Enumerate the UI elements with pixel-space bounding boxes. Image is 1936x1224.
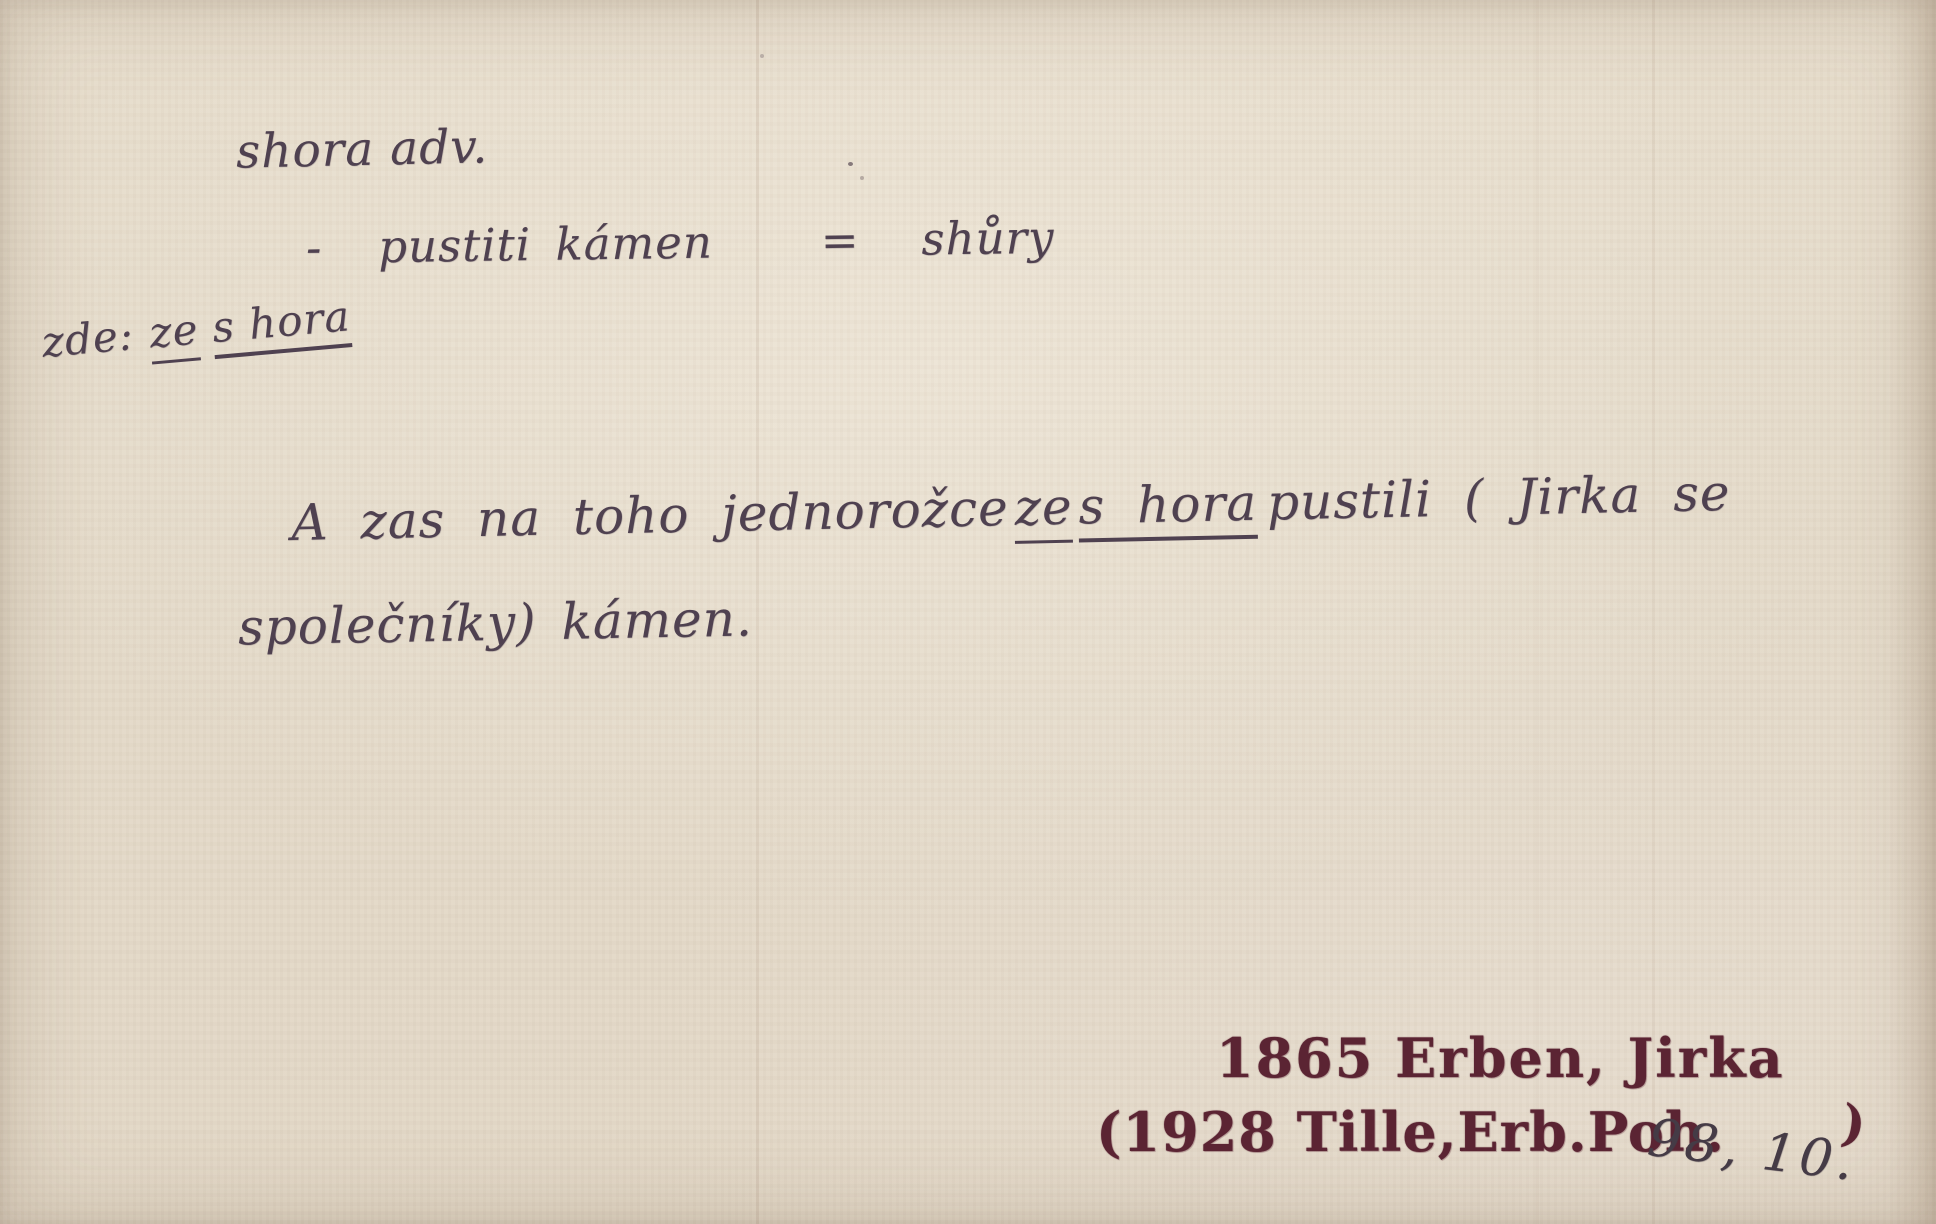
paper-edge-shadow: [1890, 0, 1936, 1224]
ink-speck: [760, 54, 764, 58]
paper-crease: [756, 0, 759, 1224]
paragraph-part2: pustili ( Jirka se: [1266, 464, 1731, 532]
handwritten-page-reference: 98, 10.: [1645, 1108, 1861, 1193]
handwritten-line-pustiti-kamen: -pustiti kámen=shůry: [306, 211, 1055, 274]
term-shury: shůry: [921, 211, 1055, 266]
handwritten-heading-shora: shora adv.: [235, 119, 488, 179]
phrase-pustiti-kamen: pustiti kámen: [378, 216, 713, 274]
stamp-source-1865-erben-jirka: 1865 Erben, Jirka: [1216, 1026, 1785, 1090]
scanned-note-card: shora adv. -pustiti kámen=shůry zde:zes …: [0, 0, 1936, 1224]
underlined-s-hora: s hora: [210, 291, 353, 359]
ink-speck: [860, 176, 864, 180]
stamp-source-1928-tille: (1928 Tille,Erb.Poh.: [1096, 1100, 1725, 1164]
paragraph-part1: A zas na toho jednorožce: [291, 479, 1009, 552]
handwritten-line-zde: zde:zes hora: [40, 291, 352, 367]
equals-sign: =: [820, 214, 859, 268]
ink-speck: [848, 162, 853, 166]
handwritten-paragraph-line-1: A zas na toho jednorožcezes horapustili …: [291, 464, 1731, 552]
handwritten-paragraph-line-2: společníky) kámen.: [238, 590, 754, 657]
label-zde: zde:: [40, 310, 136, 367]
underlined-ze: ze: [147, 305, 201, 365]
stamp-closing-paren: ): [1838, 1093, 1870, 1155]
underlined-s-hora: s hora: [1078, 474, 1258, 543]
dash-mark: -: [306, 221, 323, 274]
underlined-ze: ze: [1014, 478, 1073, 544]
